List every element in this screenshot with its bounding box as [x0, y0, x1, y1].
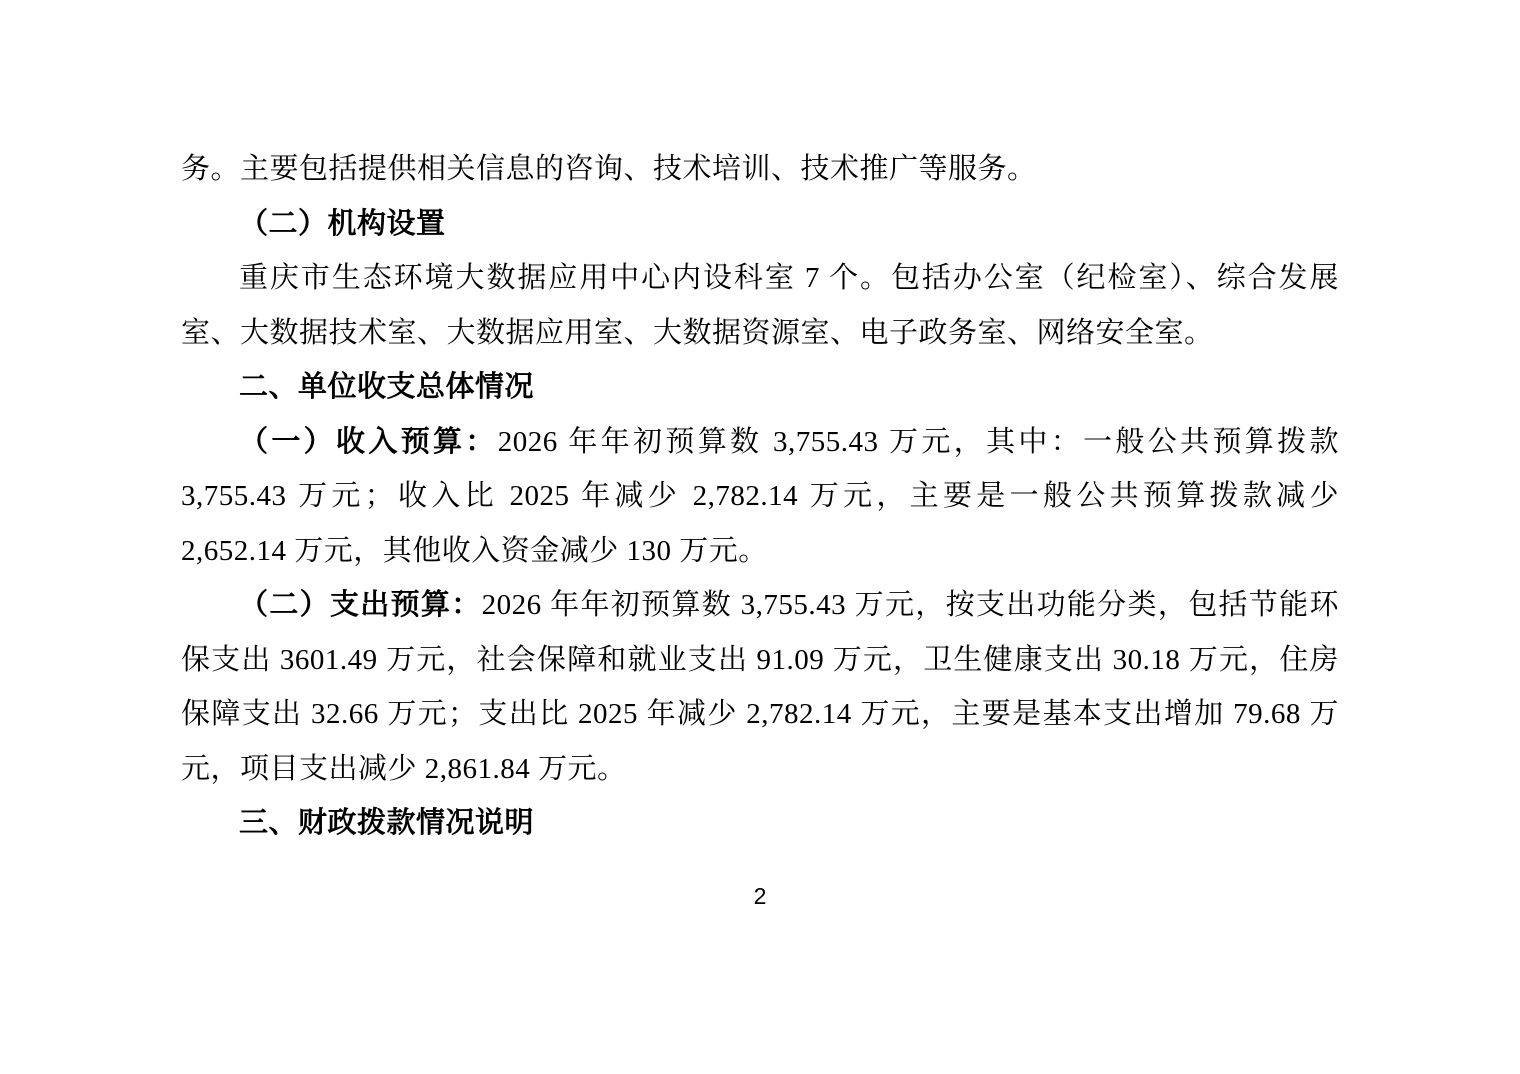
heading-section-3-fiscal-appropriation: 三、财政拨款情况说明 — [181, 796, 1339, 851]
paragraph-org-setup: 重庆市生态环境大数据应用中心内设科室 7 个。包括办公室（纪检室）、综合发展室、… — [181, 251, 1339, 360]
expenditure-budget-lead-label: （二）支出预算： — [239, 589, 482, 621]
page-number: 2 — [181, 880, 1339, 912]
income-budget-lead-label: （一）收入预算： — [239, 426, 498, 458]
subheading-org-setup: （二）机构设置 — [181, 197, 1339, 252]
paragraph-income-budget: （一）收入预算：2026 年年初预算数 3,755.43 万元，其中：一般公共预… — [181, 415, 1339, 579]
document-page: 务。主要包括提供相关信息的咨询、技术培训、技术推广等服务。 （二）机构设置 重庆… — [0, 0, 1520, 1074]
heading-section-2-revenue-expenditure-overview: 二、单位收支总体情况 — [181, 360, 1339, 415]
paragraph-services-continuation: 务。主要包括提供相关信息的咨询、技术培训、技术推广等服务。 — [181, 142, 1339, 197]
document-text-block: 务。主要包括提供相关信息的咨询、技术培训、技术推广等服务。 （二）机构设置 重庆… — [181, 142, 1339, 851]
paragraph-expenditure-budget: （二）支出预算：2026 年年初预算数 3,755.43 万元，按支出功能分类，… — [181, 578, 1339, 796]
